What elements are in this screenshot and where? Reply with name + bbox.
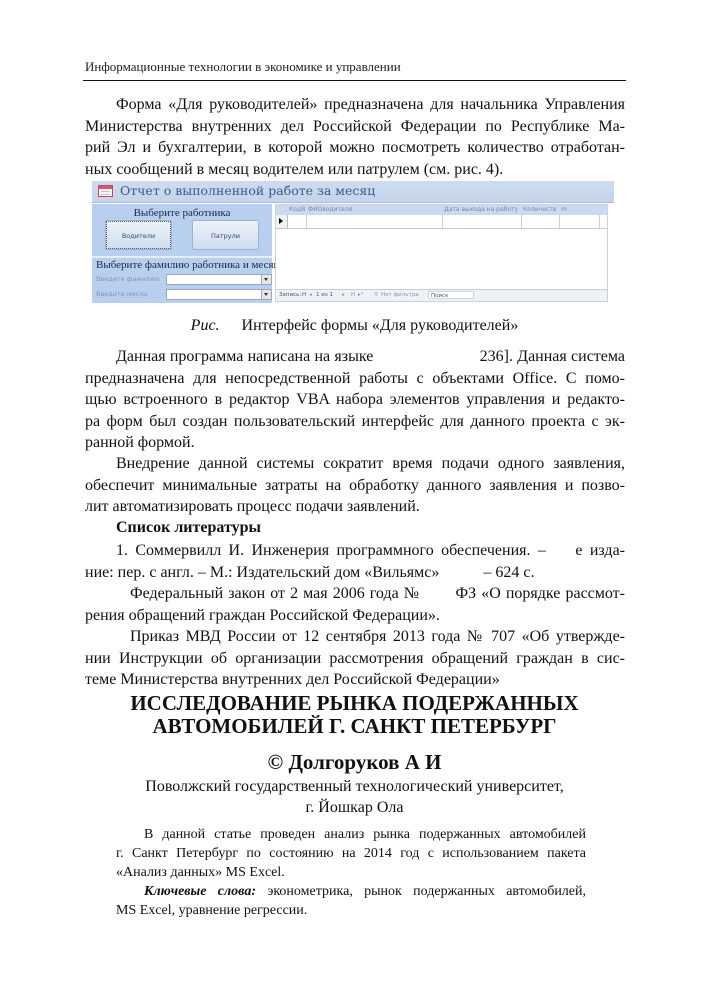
record-navigator: Запись: H ◂ 1 из 1 ▸ H ▸* ⚲ Нет фильтра … [276,289,607,301]
column-header[interactable]: ФИОводителя [308,206,352,213]
patrols-button[interactable]: Патрули [192,220,259,250]
text-line: теме Министерства внутренних дел Российс… [85,669,625,691]
article-author: © Долгоруков А И [0,750,709,775]
text-line: нии Инструкции об организации рассмотрен… [85,648,625,670]
table-row[interactable] [276,215,607,229]
datasheet-header: КодВ ФИОводителя Дата выхода на работу К… [276,205,607,215]
body-paragraph: Данная программа написана на языке 236].… [85,346,625,454]
document-page: Информационные технологии в экономике и … [0,0,709,1006]
header-rule [83,80,626,81]
text-line: лит автоматизировать процесс подачи заяв… [85,496,625,518]
text-line: Приказ МВД России от 12 сентября 2013 го… [85,626,625,648]
name-month-panel: Выберите фамилию работника и месяц Введи… [92,258,272,303]
form-icon [98,185,113,197]
worker-select-panel: Выберите работника Водители Патрули [92,204,272,258]
intro-paragraph: Форма «Для руководителей» предназначена … [85,94,625,180]
surname-combo[interactable] [166,274,272,285]
article-affiliation: Поволжский государственный технологическ… [0,776,709,818]
text-line: рий Эл и бухгалтерии, в которой можно по… [85,137,625,159]
table-cell[interactable] [287,215,307,228]
table-cell[interactable] [560,215,600,228]
reference-item: Федеральный закон от 2 мая 2006 года № Ф… [85,583,625,626]
running-head: Информационные технологии в экономике и … [85,59,401,75]
text-line: Федеральный закон от 2 мая 2006 года № Ф… [85,583,625,605]
text-line: ных сообщений в месяц водителем или патр… [85,159,625,181]
affiliation-line: г. Йошкар Ола [0,797,709,818]
text-line: Данная программа написана на языке 236].… [85,346,625,368]
article-abstract: В данной статье проведен анализ рынка по… [116,825,586,920]
text-line: MS Excel, уравнение регрессии. [116,901,586,920]
column-header[interactable]: m [561,206,567,213]
record-position[interactable]: 1 из 1 [316,292,333,298]
column-header[interactable]: КодВ [289,206,305,213]
chevron-down-icon[interactable] [261,290,271,299]
text-line: ранной формой. [85,432,625,454]
text-line: Форма «Для руководителей» предназначена … [85,94,625,116]
form-title-bar: Отчет о выполненной работе за месяц [92,181,614,203]
chevron-down-icon[interactable] [261,275,271,284]
references-title: Список литературы [116,519,261,537]
column-header[interactable]: Дата выхода на работу [444,206,518,213]
article-title-line: АВТОМОБИЛЕЙ Г. САНКТ ПЕТЕРБУРГ [0,713,709,739]
last-record-button[interactable]: H [351,292,355,298]
body-paragraph: Внедрение данной системы сократит время … [85,453,625,518]
table-cell[interactable] [443,215,522,228]
month-combo[interactable] [166,289,272,300]
text-line: обеспечит минимальные затраты на обработ… [85,475,625,497]
text-line: щью встроенного в редактор VBA набора эл… [85,389,625,411]
column-header[interactable]: Количеств [523,206,556,213]
caption-text: Интерфейс формы «Для руководителей» [242,317,519,334]
next-record-button[interactable]: ▸ [342,292,345,298]
text-line: ра форм был создан пользовательский инте… [85,411,625,433]
reference-item: Приказ МВД России от 12 сентября 2013 го… [85,626,625,691]
new-record-button[interactable]: ▸* [358,292,364,298]
text-line: «Анализ данных» MS Excel. [116,863,586,882]
first-record-button[interactable]: H [302,292,306,298]
text-line: г. Санкт Петербург по состоянию на 2014 … [116,844,586,863]
filter-status[interactable]: Нет фильтра [381,292,419,298]
text-line: Министерства внутренних дел Российской Ф… [85,116,625,138]
table-cell[interactable] [522,215,560,228]
select-name-month-label: Выберите фамилию работника и месяц [96,259,279,271]
text-line: ние: пер. с англ. – М.: Издательский дом… [85,562,625,584]
select-worker-label: Выберите работника [92,207,272,219]
prev-record-button[interactable]: ◂ [309,292,312,298]
form-screenshot-figure: Отчет о выполненной работе за месяц Выбе… [92,181,614,303]
keywords-text: эконометрика, рынок подержанных автомоби… [256,884,586,899]
caption-prefix: Рис. [191,317,220,334]
records-datasheet: КодВ ФИОводителя Дата выхода на работу К… [275,204,608,302]
figure-caption: Рис.Интерфейс формы «Для руководителей» [0,317,709,335]
text-line: Внедрение данной системы сократит время … [85,453,625,475]
table-cell[interactable] [307,215,443,228]
affiliation-line: Поволжский государственный технологическ… [0,776,709,797]
text-line: рения обращений граждан Российской Федер… [85,605,625,627]
filter-icon[interactable]: ⚲ [374,292,378,298]
keywords-line: Ключевые слова: эконометрика, рынок поде… [116,882,586,901]
reference-item: 1. Соммервилл И. Инженерия программного … [85,540,625,583]
text-line: предназначена для непосредственной работ… [85,368,625,390]
form-title: Отчет о выполненной работе за месяц [120,183,375,198]
month-label: Введите месяц [96,290,148,298]
search-input[interactable]: Поиск [428,291,474,299]
surname-label: Введите фамилию [96,275,159,283]
text-line: В данной статье проведен анализ рынка по… [116,825,586,844]
text-line: 1. Соммервилл И. Инженерия программного … [85,540,625,562]
keywords-label: Ключевые слова: [144,884,256,899]
records-label: Запись: [279,292,301,298]
drivers-button[interactable]: Водители [105,220,172,250]
